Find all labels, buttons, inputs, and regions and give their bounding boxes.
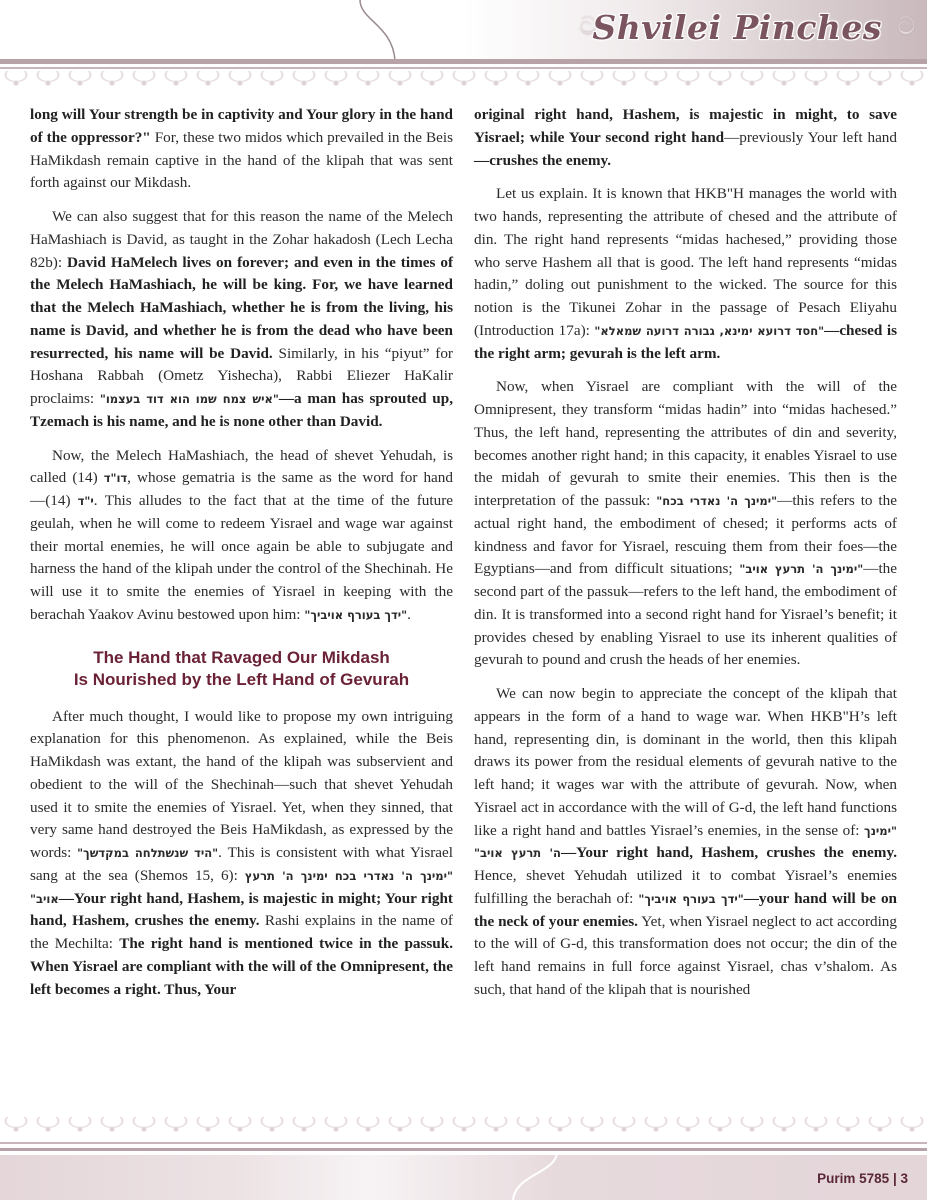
footer-rule-thin [0, 1142, 927, 1144]
paragraph: We can also suggest that for this reason… [30, 206, 453, 434]
body-text: (14). This alludes to the fact that at t… [30, 492, 453, 623]
header-rule-thin [0, 67, 927, 69]
paragraph: original right hand, Hashem, is majestic… [474, 104, 897, 172]
hebrew-quote: "ידך בעורף אויביך" [638, 892, 743, 906]
page-footer: Purim 5785 | 3 [0, 1115, 927, 1200]
section-heading: The Hand that Ravaged Our Mikdash Is Nou… [30, 647, 453, 691]
separator: | [893, 1171, 897, 1186]
hebrew-quote: "היד שנשתלחה במקדשך" [77, 846, 218, 860]
body-text: Now, when Yisrael are compliant with the… [474, 378, 897, 509]
paragraph: After much thought, I would like to prop… [30, 706, 453, 1002]
footer-ornament-border [0, 1117, 927, 1139]
body-text: After much thought, I would like to prop… [30, 708, 453, 862]
section-heading-line-1: The Hand that Ravaged Our Mikdash [30, 647, 453, 669]
footer-curve-divider [505, 1153, 565, 1200]
bold-text: —Your right hand, Hashem, crushes the en… [561, 844, 897, 861]
body-text: . [407, 606, 411, 623]
footer-rule [0, 1148, 927, 1151]
paragraph: long will Your strength be in captivity … [30, 104, 453, 195]
bold-text: —crushes the enemy. [474, 152, 611, 169]
paragraph: Let us explain. It is known that HKB"H m… [474, 183, 897, 365]
header-rule [0, 59, 927, 64]
body-text: —previously Your left hand [724, 129, 897, 146]
hebrew-quote: "ימינך ה' תרעץ אויב" [739, 562, 863, 576]
header-curve-divider [340, 0, 420, 62]
swirl-icon: ට [898, 14, 915, 41]
issue-name: Purim 5785 [817, 1171, 889, 1186]
header-ornament-border [0, 71, 927, 93]
left-column: long will Your strength be in captivity … [30, 104, 453, 1012]
hebrew-word: י"ד [78, 494, 94, 508]
publication-title: Shvilei Pinches [592, 8, 882, 47]
body-text: Let us explain. It is known that HKB"H m… [474, 185, 897, 339]
hebrew-quote: "ימינך ה' נאדרי בכח" [656, 494, 777, 508]
footer-band [0, 1155, 927, 1200]
hebrew-word: דו"ד [104, 471, 127, 485]
page-number: 3 [900, 1171, 908, 1186]
hebrew-quote: "ידך בעורף אויביך" [304, 608, 407, 622]
paragraph: We can now begin to appreciate the conce… [474, 683, 897, 1002]
section-heading-line-2: Is Nourished by the Left Hand of Gevurah [30, 669, 453, 691]
paragraph: Now, the Melech HaMashiach, the head of … [30, 445, 453, 627]
page-number-label: Purim 5785 | 3 [817, 1171, 908, 1186]
hebrew-quote: "חסד דרועא ימינא, גבורה דרועה שמאלא" [594, 324, 824, 338]
right-column: original right hand, Hashem, is majestic… [474, 104, 897, 1013]
page-header: ට Shvilei Pinches ට [0, 0, 927, 100]
paragraph: Now, when Yisrael are compliant with the… [474, 376, 897, 672]
hebrew-quote: "איש צמח שמו הוא דוד בעצמו" [100, 392, 279, 406]
body-text: We can now begin to appreciate the conce… [474, 685, 897, 839]
